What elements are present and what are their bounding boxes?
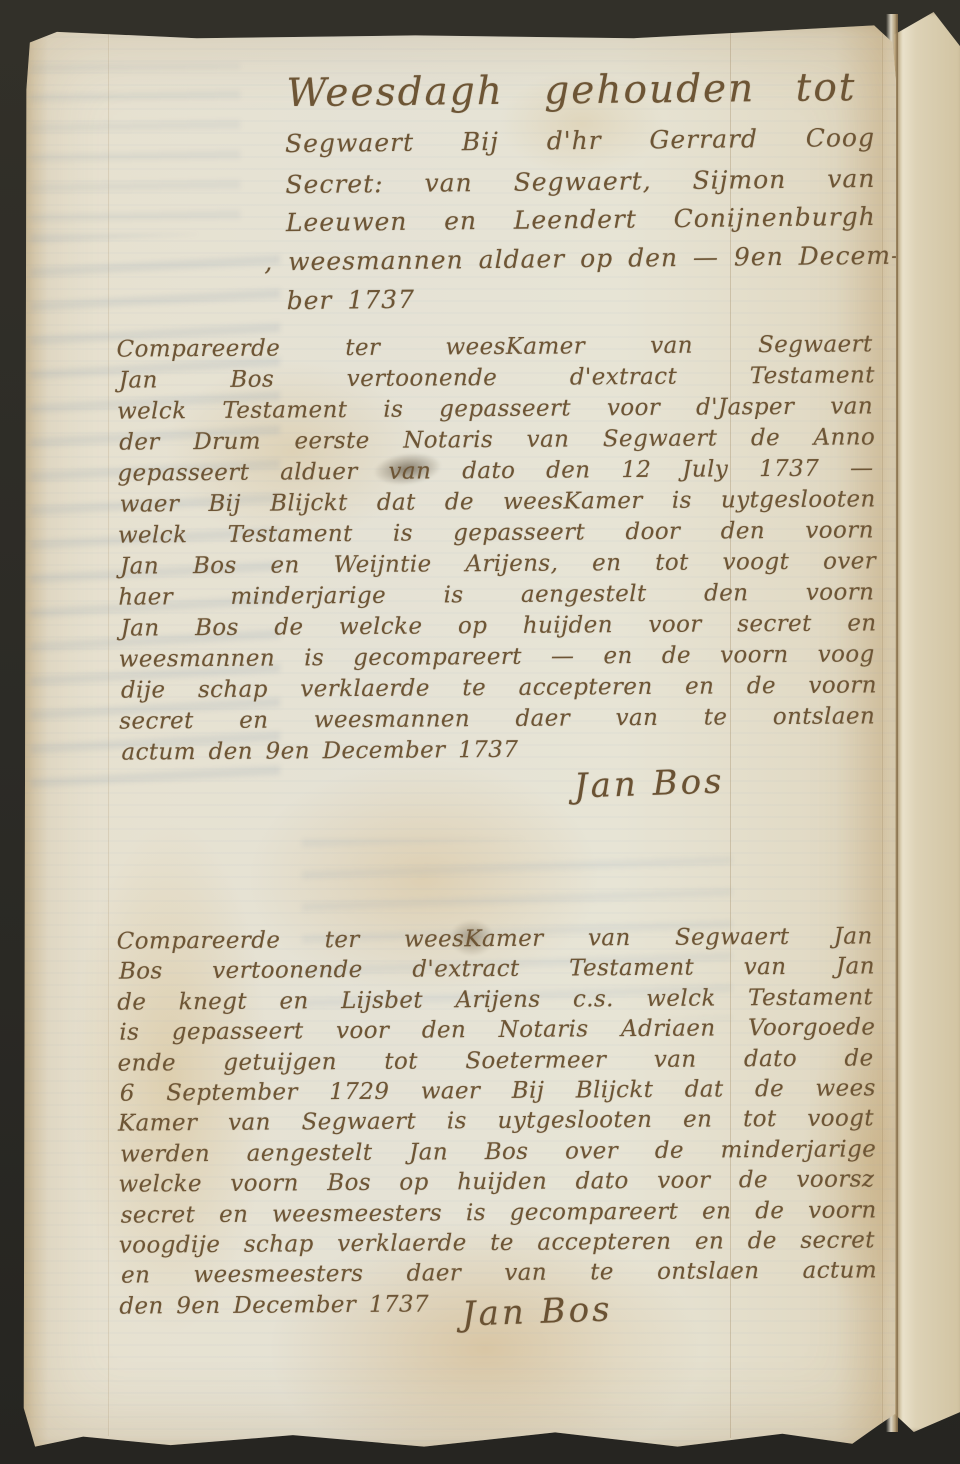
left-fold-line xyxy=(108,30,110,1436)
entry-line: Jan Bos de welcke op huijden voor secret… xyxy=(120,608,876,644)
heading-line: Leeuwen en Leendert Conijnenburgh xyxy=(286,202,876,237)
entry-line: waer Bij Blijckt dat de weesKamer is uyt… xyxy=(120,484,876,520)
entry-line: Jan Bos vertoonende d'extract Testament xyxy=(119,360,875,396)
signature-jan-bos: Jan Bos xyxy=(461,1289,613,1334)
entry-line: Jan Bos en Weijntie Arijens, en tot voog… xyxy=(120,546,876,582)
entry-line: is gepasseert voor den Notaris Adriaen V… xyxy=(119,1013,875,1049)
heading-line: Weesdagh gehouden tot xyxy=(286,65,856,116)
adjacent-page-edge xyxy=(894,12,960,1432)
entry-line: secret en weesmeesters is gecompareert e… xyxy=(121,1195,877,1231)
entry-line: 6 September 1729 waer Bij Blijckt dat de… xyxy=(120,1073,876,1109)
heading-line: Segwaert Bij d'hr Gerrard Coog xyxy=(285,123,875,158)
entry-line: dije schap verklaerde te accepteren en d… xyxy=(121,670,877,706)
entry-line: actum den 9en December 1737 xyxy=(121,732,877,768)
heading-block: Weesdagh gehouden tot Segwaert Bij d'hr … xyxy=(284,41,884,47)
signature-jan-bos: Jan Bos xyxy=(573,761,725,806)
faint-ruled-line-right xyxy=(882,28,883,1438)
archival-scan: Weesdagh gehouden tot Segwaert Bij d'hr … xyxy=(0,0,960,1464)
heading-line: ber 1737 xyxy=(287,280,877,315)
entry-line: werden aengestelt Jan Bos over de minder… xyxy=(120,1134,876,1170)
heading-line: , weesmannen aldaer op den — 9en Decem— xyxy=(264,241,880,276)
entry-paragraph-1: Compareerde ter weesKamer van Segwaert J… xyxy=(116,329,875,768)
manuscript-page: Weesdagh gehouden tot Segwaert Bij d'hr … xyxy=(22,24,896,1448)
heading-line: Secret: van Segwaert, Sijmon van xyxy=(285,164,875,199)
entry-line: der Drum eerste Notaris van Segwaert de … xyxy=(119,422,875,458)
ink-bleed-through xyxy=(30,64,240,224)
entry-paragraph-2: Compareerde ter weesKamer van Segwaert J… xyxy=(117,921,876,1322)
entry-line: en weesmeesters daer van te ontslaen act… xyxy=(121,1256,877,1292)
entry-line: Bos vertoonende d'extract Testament van … xyxy=(119,952,875,988)
